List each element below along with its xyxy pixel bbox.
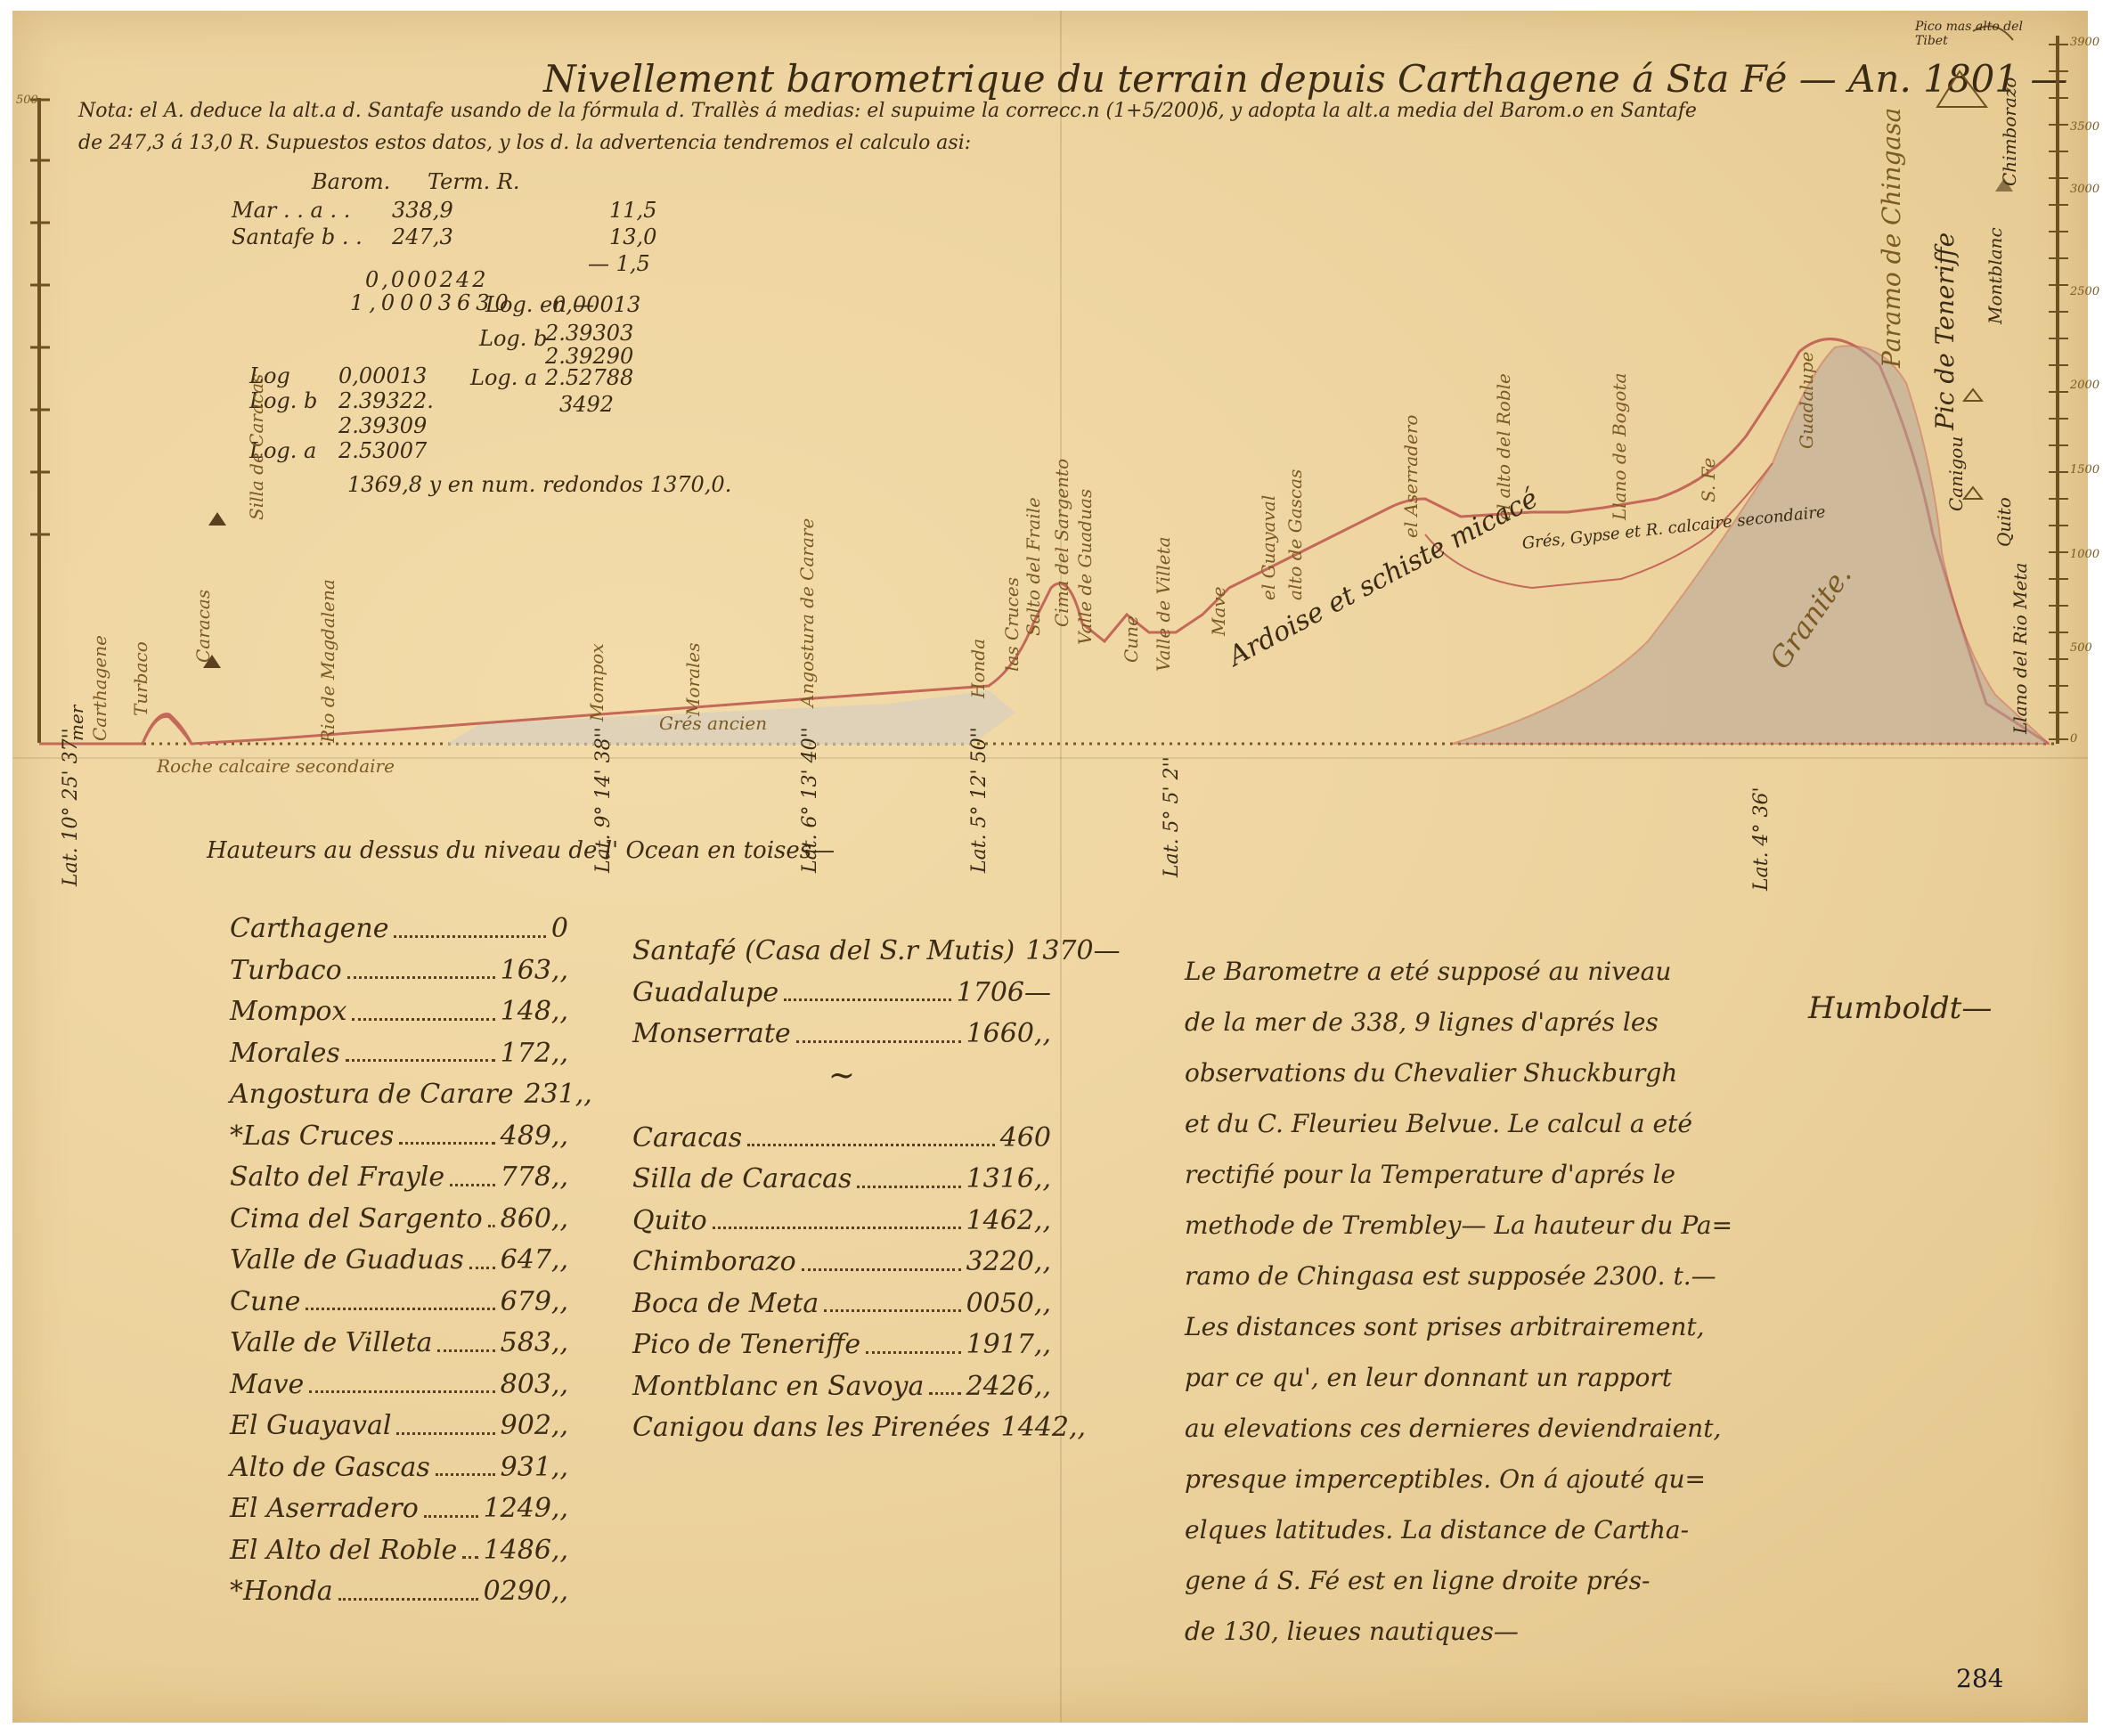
place-name: Carthagene	[230, 909, 388, 950]
place-label: Quito	[1993, 497, 2015, 547]
place-label: Canigou	[1945, 436, 1967, 511]
axis-right-tick: 0	[2070, 732, 2077, 746]
place-name: Santafé (Casa del S.r Mutis)	[632, 931, 1015, 973]
place-label: Pic de Teneriffe	[1930, 232, 1960, 430]
place-label: Silla de Caracas	[246, 374, 267, 520]
place-label: las Cruces	[1001, 577, 1023, 672]
table-row: Mompox148,,	[230, 991, 568, 1033]
place-label: el Aserradero	[1400, 415, 1422, 538]
height-value: 1249,,	[484, 1488, 568, 1530]
place-name: Honda	[243, 1576, 333, 1607]
height-value: 231,,	[524, 1074, 591, 1116]
note-line: observations du Chevalier Shuckburgh	[1185, 1047, 1732, 1098]
height-value: 0290,,	[484, 1571, 568, 1613]
place-name: Morales	[230, 1033, 340, 1075]
axis-right-tick: 2500	[2070, 285, 2099, 298]
place-name: Quito	[632, 1201, 707, 1243]
place-name: Angostura de Carare	[230, 1074, 513, 1116]
height-value: 3220,,	[966, 1242, 1051, 1284]
place-label: Morales	[682, 643, 704, 717]
table-row: El Alto del Roble1486,,	[230, 1530, 568, 1572]
table-row: Angostura de Carare231,,	[230, 1074, 568, 1116]
axis-right-tick: 3500	[2070, 120, 2099, 134]
note-line: de la mer de 338, 9 lignes d'aprés les	[1185, 997, 1732, 1047]
latitude-label: Lat. 5° 12' 50''	[968, 727, 990, 873]
note-line: Les distances sont prises arbitrairement…	[1185, 1301, 1732, 1352]
place-name: Turbaco	[230, 950, 342, 992]
height-value: 1660,,	[966, 1014, 1051, 1055]
table-row: Morales172,,	[230, 1033, 568, 1075]
geology-label: Grés ancien	[659, 713, 767, 734]
table-row: Santafé (Casa del S.r Mutis)1370—	[632, 931, 1051, 973]
place-name: Mompox	[230, 991, 346, 1033]
axis-right-tick: 500	[2070, 641, 2092, 655]
notes-paragraph: Le Barometre a eté supposé au niveau de …	[1185, 946, 1732, 1657]
table-row: El Aserradero1249,,	[230, 1488, 568, 1530]
place-name: Alto de Gascas	[230, 1447, 430, 1489]
place-name: Cima del Sargento	[230, 1199, 483, 1241]
table-row: Turbaco163,,	[230, 950, 568, 992]
table-row: Chimborazo3220,,	[632, 1242, 1051, 1284]
table-row: Alto de Gascas931,,	[230, 1447, 568, 1489]
place-label: Salto del Fraile	[1023, 497, 1044, 636]
place-name: Cune	[230, 1282, 300, 1324]
height-value: 1462,,	[966, 1201, 1051, 1243]
place-label: Chimborazo	[1999, 77, 2020, 186]
height-value: 860,,	[501, 1199, 568, 1241]
table-row: El Guayaval902,,	[230, 1406, 568, 1447]
heights-caption: Hauteurs au dessus du niveau de l' Ocean…	[207, 837, 835, 864]
height-value: 931,,	[501, 1447, 568, 1489]
table-row: Boca de Meta0050,,	[632, 1284, 1051, 1325]
height-value: 679,,	[501, 1282, 568, 1324]
place-label: Angostura de Carare	[796, 518, 818, 707]
height-value: 583,,	[501, 1323, 568, 1365]
place-label: Cima del Sargento	[1051, 459, 1072, 627]
place-label-tibet: Pico mas alto del Tibet	[1915, 20, 2040, 48]
place-label: S. Fe	[1698, 458, 1719, 502]
note-line: par ce qu', en leur donnant un rapport	[1185, 1352, 1732, 1403]
note-line: elques latitudes. La distance de Cartha-	[1185, 1504, 1732, 1555]
axis-right-tick: 1500	[2070, 463, 2099, 477]
place-label: alto de Gascas	[1284, 469, 1306, 600]
signature: Humboldt—	[1808, 990, 1992, 1026]
height-value: 1442,,	[1001, 1407, 1086, 1449]
asterisk-mark: *	[230, 1121, 243, 1152]
table-row: Salto del Frayle778,,	[230, 1157, 568, 1199]
place-label: Llano de Bogota	[1609, 373, 1630, 520]
place-name: Chimborazo	[632, 1242, 796, 1284]
place-label: Carthagene	[89, 635, 110, 741]
note-line: Le Barometre a eté supposé au niveau	[1185, 946, 1732, 997]
note-line: ramo de Chingasa est supposée 2300. t.—	[1185, 1251, 1732, 1301]
place-label: Valle de Guaduas	[1074, 489, 1096, 645]
axis-right-tick: 3000	[2070, 183, 2099, 196]
place-label: Turbaco	[130, 641, 151, 716]
height-value: 1706—	[957, 973, 1051, 1015]
note-line: de 130, lieues nautiques—	[1185, 1606, 1732, 1657]
height-value: 489,,	[501, 1116, 568, 1158]
place-label: Caracas	[192, 590, 214, 663]
place-name: El Guayaval	[230, 1406, 391, 1447]
height-value: 1486,,	[484, 1530, 568, 1572]
place-name: Caracas	[632, 1118, 742, 1160]
heights-table-left: Carthagene0 Turbaco163,, Mompox148,, Mor…	[230, 909, 568, 1613]
table-row: *Las Cruces489,,	[230, 1116, 568, 1158]
table-row: Silla de Caracas1316,,	[632, 1159, 1051, 1201]
height-value: 778,,	[501, 1157, 568, 1199]
table-row: Cima del Sargento860,,	[230, 1199, 568, 1241]
table-row: Monserrate1660,,	[632, 1014, 1051, 1055]
axis-left-tick: 500	[16, 94, 38, 107]
table-row: Canigou dans les Pirenées1442,,	[632, 1407, 1051, 1449]
place-label: Paramo de Chingasa	[1877, 108, 1906, 368]
place-name: Montblanc en Savoya	[632, 1366, 924, 1408]
place-label: Llano del Rio Meta	[2009, 563, 2031, 734]
note-line: rectifié pour la Temperature d'aprés le	[1185, 1149, 1732, 1200]
table-row: Mave803,,	[230, 1365, 568, 1406]
place-name: Valle de Guaduas	[230, 1240, 464, 1282]
place-name: Canigou dans les Pirenées	[632, 1407, 990, 1449]
note-line: presque imperceptibles. On á ajouté qu=	[1185, 1454, 1732, 1504]
latitude-label: Lat. 5° 5' 2''	[1161, 756, 1183, 877]
place-name: Mave	[230, 1365, 304, 1406]
heights-table-right: Santafé (Casa del S.r Mutis)1370— Guadal…	[632, 931, 1051, 1449]
place-name: Valle de Villeta	[230, 1323, 432, 1365]
note-line: et du C. Fleurieu Belvue. Le calcul a et…	[1185, 1098, 1732, 1149]
place-name: Silla de Caracas	[632, 1159, 852, 1201]
height-value: 0	[551, 909, 568, 950]
axis-right-tick: 3900	[2070, 36, 2099, 49]
place-label: Honda	[967, 639, 989, 698]
height-value: 0050,,	[966, 1284, 1051, 1325]
table-row: Guadalupe1706—	[632, 973, 1051, 1015]
height-value: 163,,	[501, 950, 568, 992]
note-line: gene á S. Fé est en ligne droite prés-	[1185, 1555, 1732, 1606]
height-value: 2426,,	[966, 1366, 1051, 1408]
place-label: Valle de Villeta	[1153, 536, 1174, 672]
place-label: el Guayaval	[1258, 495, 1279, 600]
place-label: Montblanc	[1985, 227, 2006, 324]
place-label: Guadalupe	[1796, 352, 1817, 449]
height-value: 647,,	[501, 1240, 568, 1282]
place-label: Cune	[1121, 615, 1142, 663]
asterisk-mark: *	[230, 1576, 243, 1607]
place-name: El Alto del Roble	[230, 1530, 457, 1572]
height-value: 172,,	[501, 1033, 568, 1075]
place-name: Las Cruces	[243, 1121, 394, 1152]
table-row: Caracas460	[632, 1118, 1051, 1160]
latitude-label: Lat. 4° 36'	[1750, 786, 1773, 891]
place-label: Mompox	[586, 643, 607, 721]
height-value: 803,,	[501, 1365, 568, 1406]
flourish-divider: ~	[632, 1055, 1051, 1118]
place-name: Boca de Meta	[632, 1284, 819, 1325]
table-row: Carthagene0	[230, 909, 568, 950]
height-value: 148,,	[501, 991, 568, 1033]
place-name: Salto del Frayle	[230, 1157, 444, 1199]
note-line: methode de Trembley— La hauteur du Pa=	[1185, 1200, 1732, 1251]
table-row: Valle de Villeta583,,	[230, 1323, 568, 1365]
place-label: Mave	[1208, 586, 1229, 636]
table-row: Valle de Guaduas647,,	[230, 1240, 568, 1282]
place-name: Pico de Teneriffe	[632, 1324, 860, 1366]
page-number: 284	[1956, 1664, 2003, 1693]
table-row: *Honda0290,,	[230, 1571, 568, 1613]
place-name: El Aserradero	[230, 1488, 419, 1530]
baseline-label: Roche calcaire secondaire	[157, 755, 395, 777]
latitude-label: Lat. 10° 25' 37''	[60, 728, 82, 886]
height-value: 1316,,	[966, 1159, 1051, 1201]
table-row: Pico de Teneriffe1917,,	[632, 1324, 1051, 1366]
table-row: Quito1462,,	[632, 1201, 1051, 1243]
axis-right-tick: 1000	[2070, 548, 2099, 561]
height-value: 460	[1000, 1118, 1051, 1160]
table-row: Montblanc en Savoya2426,,	[632, 1366, 1051, 1408]
height-value: 1370—	[1025, 931, 1120, 973]
height-value: 1917,,	[966, 1324, 1051, 1366]
height-value: 902,,	[501, 1406, 568, 1447]
place-name: Monserrate	[632, 1014, 791, 1055]
note-line: au elevations ces dernieres deviendraien…	[1185, 1403, 1732, 1454]
table-row: Cune679,,	[230, 1282, 568, 1324]
place-label: Rio de Magdalena	[317, 579, 338, 743]
axis-right-tick: 2000	[2070, 379, 2099, 392]
place-name: Guadalupe	[632, 973, 778, 1015]
